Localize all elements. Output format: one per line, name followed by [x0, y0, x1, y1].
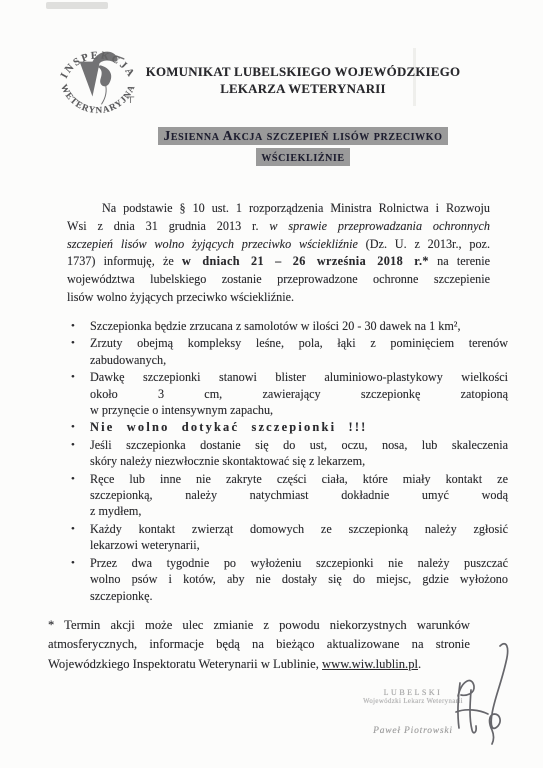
text-run: Nie wolno dotykać szczepionki !!! [90, 420, 368, 434]
text-line: województwa lubelskiego zostanie przepro… [67, 271, 490, 289]
text-line: lekarzowi weterynarii, [90, 537, 508, 553]
text-run: na terenie [429, 254, 490, 268]
text-line: około 3 cm, zawierający szczepionkę zato… [90, 386, 508, 402]
bullet-marker-icon: • [64, 419, 90, 435]
text-line: skóry należy niezwłocznie skontaktować s… [90, 453, 508, 469]
intro-paragraph: Na podstawie § 10 ust. 1 rozporządzenia … [67, 200, 490, 307]
text-run: Przez dwa tygodnie po wyłożeniu szczepio… [90, 556, 508, 570]
text-run: Wojewódzkiego Inspektoratu Weterynarii w… [48, 657, 322, 671]
text-run: Na podstawie § 10 ust. 1 rozporządzenia … [102, 201, 490, 215]
text-run: szczepień lisów wolno żyjących przeciwko… [67, 237, 358, 251]
text-line: szczepionkę. [90, 588, 508, 604]
bullet-text: Ręce lub inne nie zakryte części ciała, … [90, 471, 508, 520]
bullet-item: •Szczepionka będzie zrzucana z samolotów… [64, 318, 508, 334]
bullet-item: •Jeśli szczepionka dostanie się do ust, … [64, 437, 508, 470]
bullet-marker-icon: • [64, 471, 90, 520]
text-run: . [418, 657, 421, 671]
text-run: Jeśli szczepionka dostanie się do ust, o… [90, 438, 508, 452]
campaign-banner: Jesienna Akcja szczepień lisów przeciwko… [118, 126, 488, 167]
bullet-item: •Dawkę szczepionki stanowi blister alumi… [64, 369, 508, 418]
text-run: w przynęcie o intensywnym zapachu, [90, 403, 273, 417]
text-run: * Termin akcji może ulec zmianie z powod… [48, 618, 470, 632]
text-line: Wsi z dnia 31 grudnia 2013 r. w sprawie … [67, 218, 490, 236]
text-run: województwa lubelskiego zostanie przepro… [67, 272, 490, 286]
text-run: Ręce lub inne nie zakryte części ciała, … [90, 472, 508, 486]
text-line: Wojewódzkiego Inspektoratu Weterynarii w… [48, 655, 470, 674]
text-run: szczepionkę. [90, 589, 153, 603]
bullet-marker-icon: • [64, 318, 90, 334]
text-run: w sprawie przeprowadzania ochronnych [269, 219, 490, 233]
footnote: * Termin akcji może ulec zmianie z powod… [48, 616, 470, 674]
text-line: Dawkę szczepionki stanowi blister alumin… [90, 369, 508, 385]
text-line: Zrzuty obejmą kompleksy leśne, pola, łąk… [90, 335, 508, 351]
text-run: z mydłem, [90, 504, 141, 518]
banner-line-2: wściekliźnie [256, 148, 349, 166]
bullet-list: •Szczepionka będzie zrzucana z samolotów… [64, 318, 508, 605]
bullet-marker-icon: • [64, 335, 90, 368]
text-run: 1737) informuję, że [67, 254, 182, 268]
bullet-item: •Ręce lub inne nie zakryte części ciała,… [64, 471, 508, 520]
bullet-text: Dawkę szczepionki stanowi blister alumin… [90, 369, 508, 418]
text-line: Przez dwa tygodnie po wyłożeniu szczepio… [90, 555, 508, 571]
text-run: szczepionką, należy natychmiast dokładni… [90, 488, 508, 502]
text-run: skóry należy niezwłocznie skontaktować s… [90, 454, 365, 468]
text-line: w przynęcie o intensywnym zapachu, [90, 402, 508, 418]
handwritten-signature [448, 638, 536, 750]
text-line: Każdy kontakt zwierząt domowych ze szcze… [90, 521, 508, 537]
bullet-text: Zrzuty obejmą kompleksy leśne, pola, łąk… [90, 335, 508, 368]
text-line: zabudowanych, [90, 352, 508, 368]
text-run: Dawkę szczepionki stanowi blister alumin… [90, 370, 508, 384]
text-line: 1737) informuję, że w dniach 21 – 26 wrz… [67, 253, 490, 271]
text-line: Szczepionka będzie zrzucana z samolotów … [90, 318, 508, 334]
bullet-text: Każdy kontakt zwierząt domowych ze szcze… [90, 521, 508, 554]
bullet-marker-icon: • [64, 521, 90, 554]
text-run: Szczepionka będzie zrzucana z samolotów … [90, 319, 461, 333]
banner-line-1: Jesienna Akcja szczepień lisów przeciwko [158, 127, 447, 145]
text-line: wolno psów i kotów, aby nie dostały się … [90, 571, 508, 587]
text-line: * Termin akcji może ulec zmianie z powod… [48, 616, 470, 635]
text-line: Ręce lub inne nie zakryte części ciała, … [90, 471, 508, 487]
title-line-1: KOMUNIKAT LUBELSKIEGO WOJEWÓDZKIEGO [118, 64, 488, 81]
text-run: wolno psów i kotów, aby nie dostały się … [90, 572, 508, 586]
text-run: lekarzowi weterynarii, [90, 538, 200, 552]
text-line: Na podstawie § 10 ust. 1 rozporządzenia … [67, 200, 490, 218]
text-run: atmosferycznych, informacje będą na bież… [48, 637, 470, 651]
bullet-item: •Przez dwa tygodnie po wyłożeniu szczepi… [64, 555, 508, 604]
text-run: około 3 cm, zawierający szczepionkę zato… [90, 387, 508, 401]
text-run: Każdy kontakt zwierząt domowych ze szcze… [90, 522, 508, 536]
bullet-text: Przez dwa tygodnie po wyłożeniu szczepio… [90, 555, 508, 604]
bullet-item: •Nie wolno dotykać szczepionki !!! [64, 419, 508, 435]
text-run: Zrzuty obejmą kompleksy leśne, pola, łąk… [90, 336, 508, 350]
text-line: szczepionką, należy natychmiast dokładni… [90, 487, 508, 503]
text-line: lisów wolno żyjących przeciwko wściekliź… [67, 289, 490, 307]
bullet-text: Nie wolno dotykać szczepionki !!! [90, 419, 508, 435]
text-line: Nie wolno dotykać szczepionki !!! [90, 419, 508, 435]
text-run: zabudowanych, [90, 353, 166, 367]
text-run: (Dz. U. z 2013r., poz. [358, 237, 490, 251]
scanned-document-page: ┬ INSPEKCJA WETERYNARYJNA KOMUNIKAT LUBE… [0, 0, 543, 768]
text-run: Wsi z dnia 31 grudnia 2013 r. [67, 219, 269, 233]
bullet-item: •Zrzuty obejmą kompleksy leśne, pola, łą… [64, 335, 508, 368]
bullet-text: Jeśli szczepionka dostanie się do ust, o… [90, 437, 508, 470]
text-line: z mydłem, [90, 503, 508, 519]
text-line: atmosferycznych, informacje będą na bież… [48, 635, 470, 654]
bullet-text: Szczepionka będzie zrzucana z samolotów … [90, 318, 508, 334]
bullet-marker-icon: • [64, 369, 90, 418]
document-title: KOMUNIKAT LUBELSKIEGO WOJEWÓDZKIEGO LEKA… [118, 64, 488, 97]
title-line-2: LEKARZA WETERYNARII [118, 81, 488, 98]
website-link: www.wiw.lublin.pl [322, 657, 418, 671]
bullet-marker-icon: • [64, 437, 90, 470]
text-line: szczepień lisów wolno żyjących przeciwko… [67, 236, 490, 254]
text-run: lisów wolno żyjących przeciwko wściekliź… [67, 290, 294, 304]
bullet-marker-icon: • [64, 555, 90, 604]
text-line: Jeśli szczepionka dostanie się do ust, o… [90, 437, 508, 453]
bullet-item: •Każdy kontakt zwierząt domowych ze szcz… [64, 521, 508, 554]
scan-smudge [46, 2, 108, 9]
text-run: w dniach 21 – 26 września 2018 r.* [182, 254, 429, 268]
